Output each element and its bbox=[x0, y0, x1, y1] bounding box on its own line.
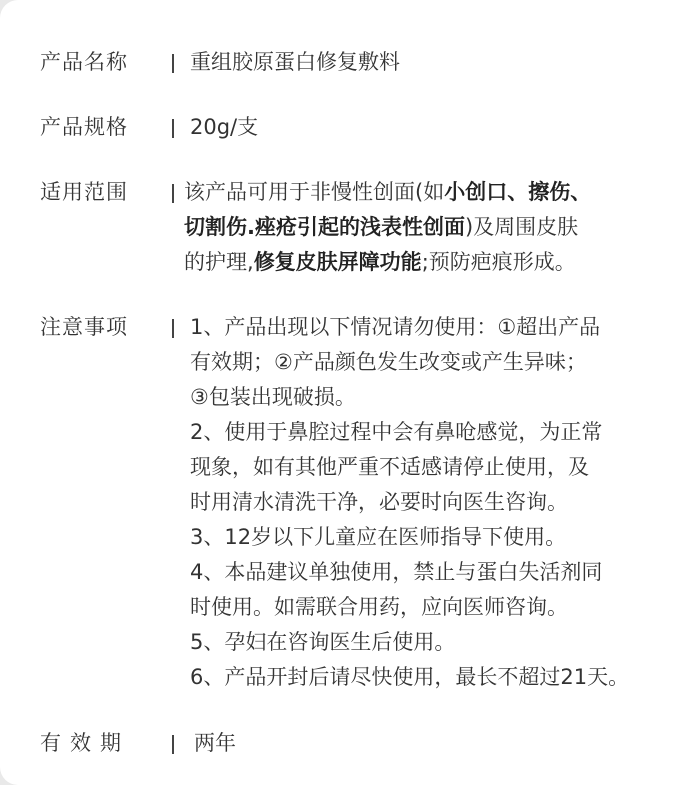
validity-text: 两年 bbox=[194, 726, 654, 761]
notes-line: 5、孕妇在咨询医生后使用。 bbox=[190, 625, 650, 660]
separator bbox=[172, 54, 174, 73]
scope-bold-text: 修复皮肤屏障功能 bbox=[254, 250, 422, 274]
scope-value: 该产品可用于非慢性创面(如小创口、擦伤、 切割伤.痤疮引起的浅表性创面)及周围皮… bbox=[184, 175, 646, 280]
separator bbox=[172, 119, 174, 138]
scope-text: )及周围皮肤 bbox=[465, 215, 578, 239]
notes-line: 4、本品建议单独使用，禁止与蛋白失活剂同 bbox=[190, 555, 650, 590]
scope-label: 适用范围 bbox=[40, 175, 160, 210]
product-spec-label: 产品规格 bbox=[40, 110, 160, 145]
product-name-text: 重组胶原蛋白修复敷料 bbox=[190, 45, 650, 80]
separator bbox=[172, 184, 174, 203]
scope-text: 该产品可用于非慢性创面(如 bbox=[184, 180, 444, 204]
separator bbox=[172, 735, 174, 754]
notes-line: 3、12岁以下儿童应在医师指导下使用。 bbox=[190, 520, 650, 555]
product-name-value: 重组胶原蛋白修复敷料 bbox=[190, 45, 650, 80]
product-spec-text: 20g/支 bbox=[190, 110, 650, 145]
notes-value: 1、产品出现以下情况请勿使用：①超出产品 有效期；②产品颜色发生改变或产生异味；… bbox=[190, 310, 650, 695]
separator bbox=[172, 319, 174, 338]
scope-line-2: 切割伤.痤疮引起的浅表性创面)及周围皮肤 bbox=[184, 210, 646, 245]
scope-text: ;预防疤痕形成。 bbox=[422, 250, 576, 274]
notes-line: 6、产品开封后请尽快使用，最长不超过21天。 bbox=[190, 660, 650, 695]
notes-line: 1、产品出现以下情况请勿使用：①超出产品 bbox=[190, 310, 650, 345]
product-spec-value: 20g/支 bbox=[190, 110, 650, 145]
scope-text: 的护理, bbox=[184, 250, 254, 274]
scope-bold-text: 小创口、擦伤、 bbox=[444, 180, 591, 204]
notes-line: 时使用。如需联合用药，应向医师咨询。 bbox=[190, 590, 650, 625]
notes-line: 现象，如有其他严重不适感请停止使用，及 bbox=[190, 450, 650, 485]
scope-line-3: 的护理,修复皮肤屏障功能;预防疤痕形成。 bbox=[184, 245, 646, 280]
notes-label: 注意事项 bbox=[40, 310, 160, 345]
product-info-card: 产品名称 重组胶原蛋白修复敷料 产品规格 20g/支 适用范围 该产品可用于非慢… bbox=[0, 0, 682, 785]
scope-line-1: 该产品可用于非慢性创面(如小创口、擦伤、 bbox=[184, 175, 646, 210]
scope-bold-text: 切割伤.痤疮引起的浅表性创面 bbox=[184, 215, 465, 239]
notes-line: ③包装出现破损。 bbox=[190, 380, 650, 415]
notes-line: 2、使用于鼻腔过程中会有鼻呛感觉，为正常 bbox=[190, 415, 650, 450]
notes-line: 时用清水清洗干净，必要时向医生咨询。 bbox=[190, 485, 650, 520]
validity-label: 有效期 bbox=[40, 726, 160, 761]
product-name-label: 产品名称 bbox=[40, 45, 160, 80]
validity-value: 两年 bbox=[194, 726, 654, 761]
notes-line: 有效期；②产品颜色发生改变或产生异味； bbox=[190, 345, 650, 380]
